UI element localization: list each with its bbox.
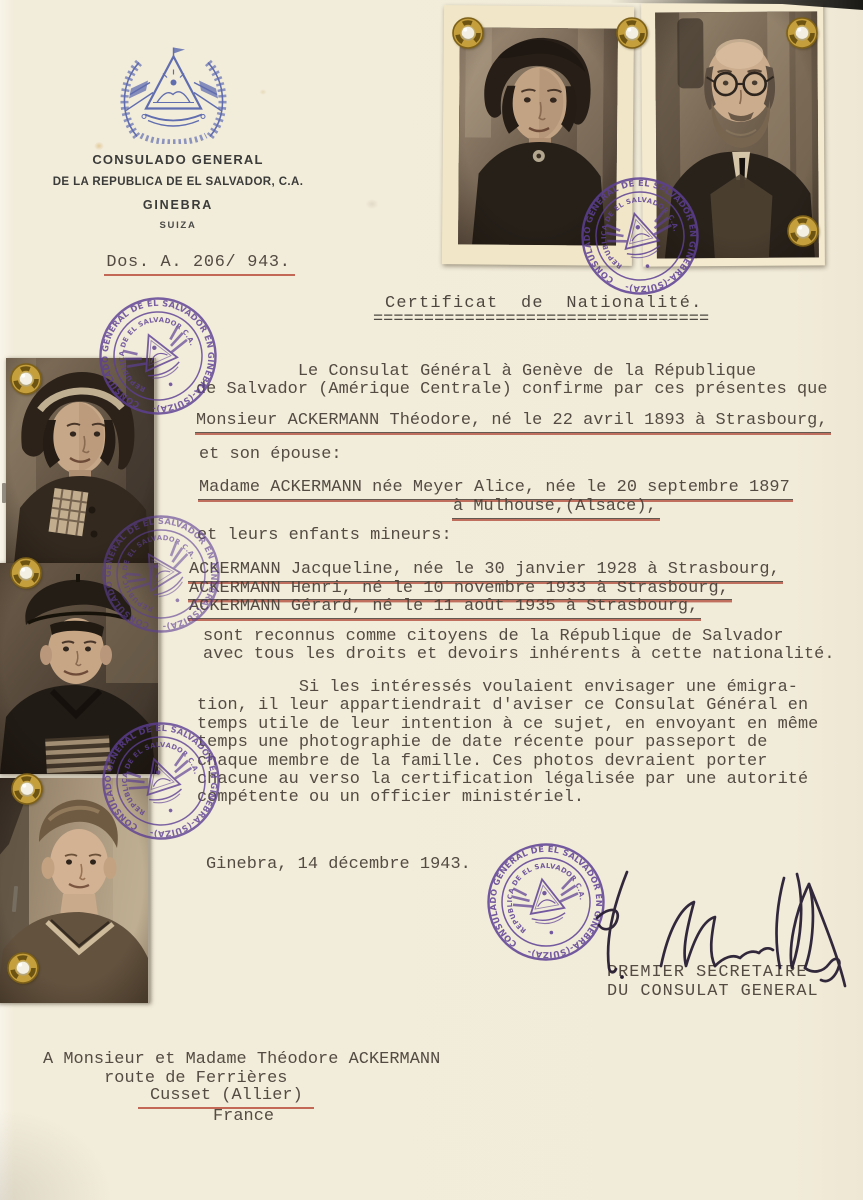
brass-fastener xyxy=(450,15,486,51)
recipient-city: Cusset (Allier) xyxy=(150,1087,314,1105)
body-emigration: Si les intéressés voulaient envisager un… xyxy=(197,679,818,808)
brass-fastener-icon xyxy=(5,950,41,986)
svg-text:CONSULADO GENERAL DE EL SALVAD: CONSULADO GENERAL DE EL SALVADOR EN GINE… xyxy=(88,708,235,855)
line-child2: ACKERMANN Henri, né le 10 novembre 1933 … xyxy=(189,580,732,598)
mantello-signature xyxy=(585,862,857,996)
line-child3: ACKERMANN Gérard, né le 11 août 1935 à S… xyxy=(189,598,701,616)
line-mother-place: à Mulhouse,(Alsace), xyxy=(453,498,660,516)
dateline: Ginebra, 14 décembre 1943. xyxy=(206,856,471,874)
brass-fastener-icon xyxy=(8,361,44,397)
letterhead: CONSULADO GENERAL DE LA REPUBLICA DE EL … xyxy=(30,152,326,231)
brass-fastener-icon xyxy=(785,213,821,249)
el-salvador-coat-of-arms xyxy=(117,44,230,144)
stamp-ring-text: CONSULADO GENERAL DE EL SALVADOR EN GINE… xyxy=(569,165,710,306)
brass-fastener xyxy=(785,213,821,249)
brass-fastener xyxy=(8,361,44,397)
title-underline: ================================= xyxy=(373,311,709,329)
brass-fastener xyxy=(9,771,45,807)
brass-fastener xyxy=(5,950,41,986)
body-recognition: sont reconnus comme citoyens de la Répub… xyxy=(203,628,835,665)
body-intro: Le Consulat Général à Genève de la Répub… xyxy=(196,363,828,400)
letterhead-line3: GINEBRA xyxy=(30,198,326,212)
line-child1: ACKERMANN Jacqueline, née le 30 janvier … xyxy=(189,561,783,579)
recipient-address: A Monsieur et Madame Théodore ACKERMANN … xyxy=(43,1050,440,1089)
letterhead-line1: CONSULADO GENERAL xyxy=(30,152,326,167)
letterhead-line4: SUIZA xyxy=(30,220,326,231)
staple-mark xyxy=(2,483,6,503)
brass-fastener xyxy=(8,555,44,591)
line-children-intro: et leurs enfants mineurs: xyxy=(197,527,452,545)
certificate-document: CONSULADO GENERAL DE LA REPUBLICA DE EL … xyxy=(0,0,863,1200)
brass-fastener-icon xyxy=(9,771,45,807)
recipient-country: France xyxy=(213,1108,274,1126)
line-spouse-intro: et son épouse: xyxy=(199,446,342,464)
brass-fastener xyxy=(784,15,820,51)
svg-text:CONSULADO GENERAL DE EL SALVAD: CONSULADO GENERAL DE EL SALVADOR EN GINE… xyxy=(569,165,710,306)
brass-fastener-icon xyxy=(8,555,44,591)
brass-fastener-icon xyxy=(450,15,486,51)
brass-fastener-icon xyxy=(614,15,650,51)
stamp-ring-text: CONSULADO GENERAL DE EL SALVADOR EN GINE… xyxy=(88,708,235,855)
brass-fastener-icon xyxy=(784,15,820,51)
line-father: Monsieur ACKERMANN Théodore, né le 22 av… xyxy=(196,412,831,430)
line-mother: Madame ACKERMANN née Meyer Alice, née le… xyxy=(199,479,793,497)
letterhead-line2: DE LA REPUBLICA DE EL SALVADOR, C.A. xyxy=(30,176,326,188)
brass-fastener xyxy=(614,15,650,51)
